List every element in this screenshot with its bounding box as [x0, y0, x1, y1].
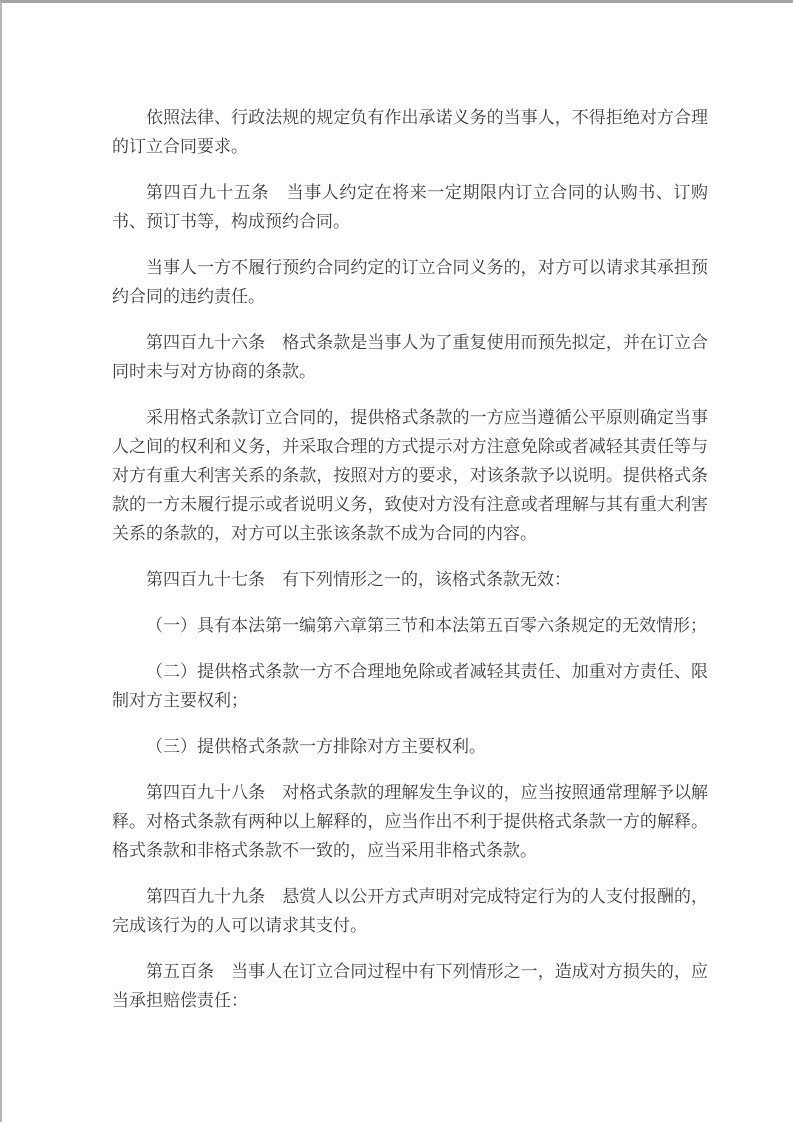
paragraph: 第四百九十八条 对格式条款的理解发生争议的，应当按照通常理解予以解释。对格式条款…	[112, 778, 708, 865]
paragraph: （一）具有本法第一编第六章第三节和本法第五百零六条规定的无效情形；	[112, 611, 708, 640]
document-page: 依照法律、行政法规的规定负有作出承诺义务的当事人，不得拒绝对方合理的订立合同要求…	[0, 0, 793, 1122]
paragraph: 第四百九十六条 格式条款是当事人为了重复使用而预先拟定，并在订立合同时未与对方协…	[112, 328, 708, 386]
paragraph: 第四百九十九条 悬赏人以公开方式声明对完成特定行为的人支付报酬的，完成该行为的人…	[112, 882, 708, 940]
paragraph: 第四百九十五条 当事人约定在将来一定期限内订立合同的认购书、订购书、预订书等，构…	[112, 178, 708, 236]
paragraph: 第五百条 当事人在订立合同过程中有下列情形之一，造成对方损失的，应当承担赔偿责任…	[112, 957, 708, 1015]
paragraph: 依照法律、行政法规的规定负有作出承诺义务的当事人，不得拒绝对方合理的订立合同要求…	[112, 103, 708, 161]
paragraph: 第四百九十七条 有下列情形之一的，该格式条款无效：	[112, 565, 708, 594]
paragraph: 当事人一方不履行预约合同约定的订立合同义务的，对方可以请求其承担预约合同的违约责…	[112, 253, 708, 311]
paragraph: 采用格式条款订立合同的，提供格式条款的一方应当遵循公平原则确定当事人之间的权利和…	[112, 403, 708, 548]
paragraph: （三）提供格式条款一方排除对方主要权利。	[112, 732, 708, 761]
paragraph: （二）提供格式条款一方不合理地免除或者减轻其责任、加重对方责任、限制对方主要权利…	[112, 657, 708, 715]
document-body: 依照法律、行政法规的规定负有作出承诺义务的当事人，不得拒绝对方合理的订立合同要求…	[112, 103, 708, 1015]
